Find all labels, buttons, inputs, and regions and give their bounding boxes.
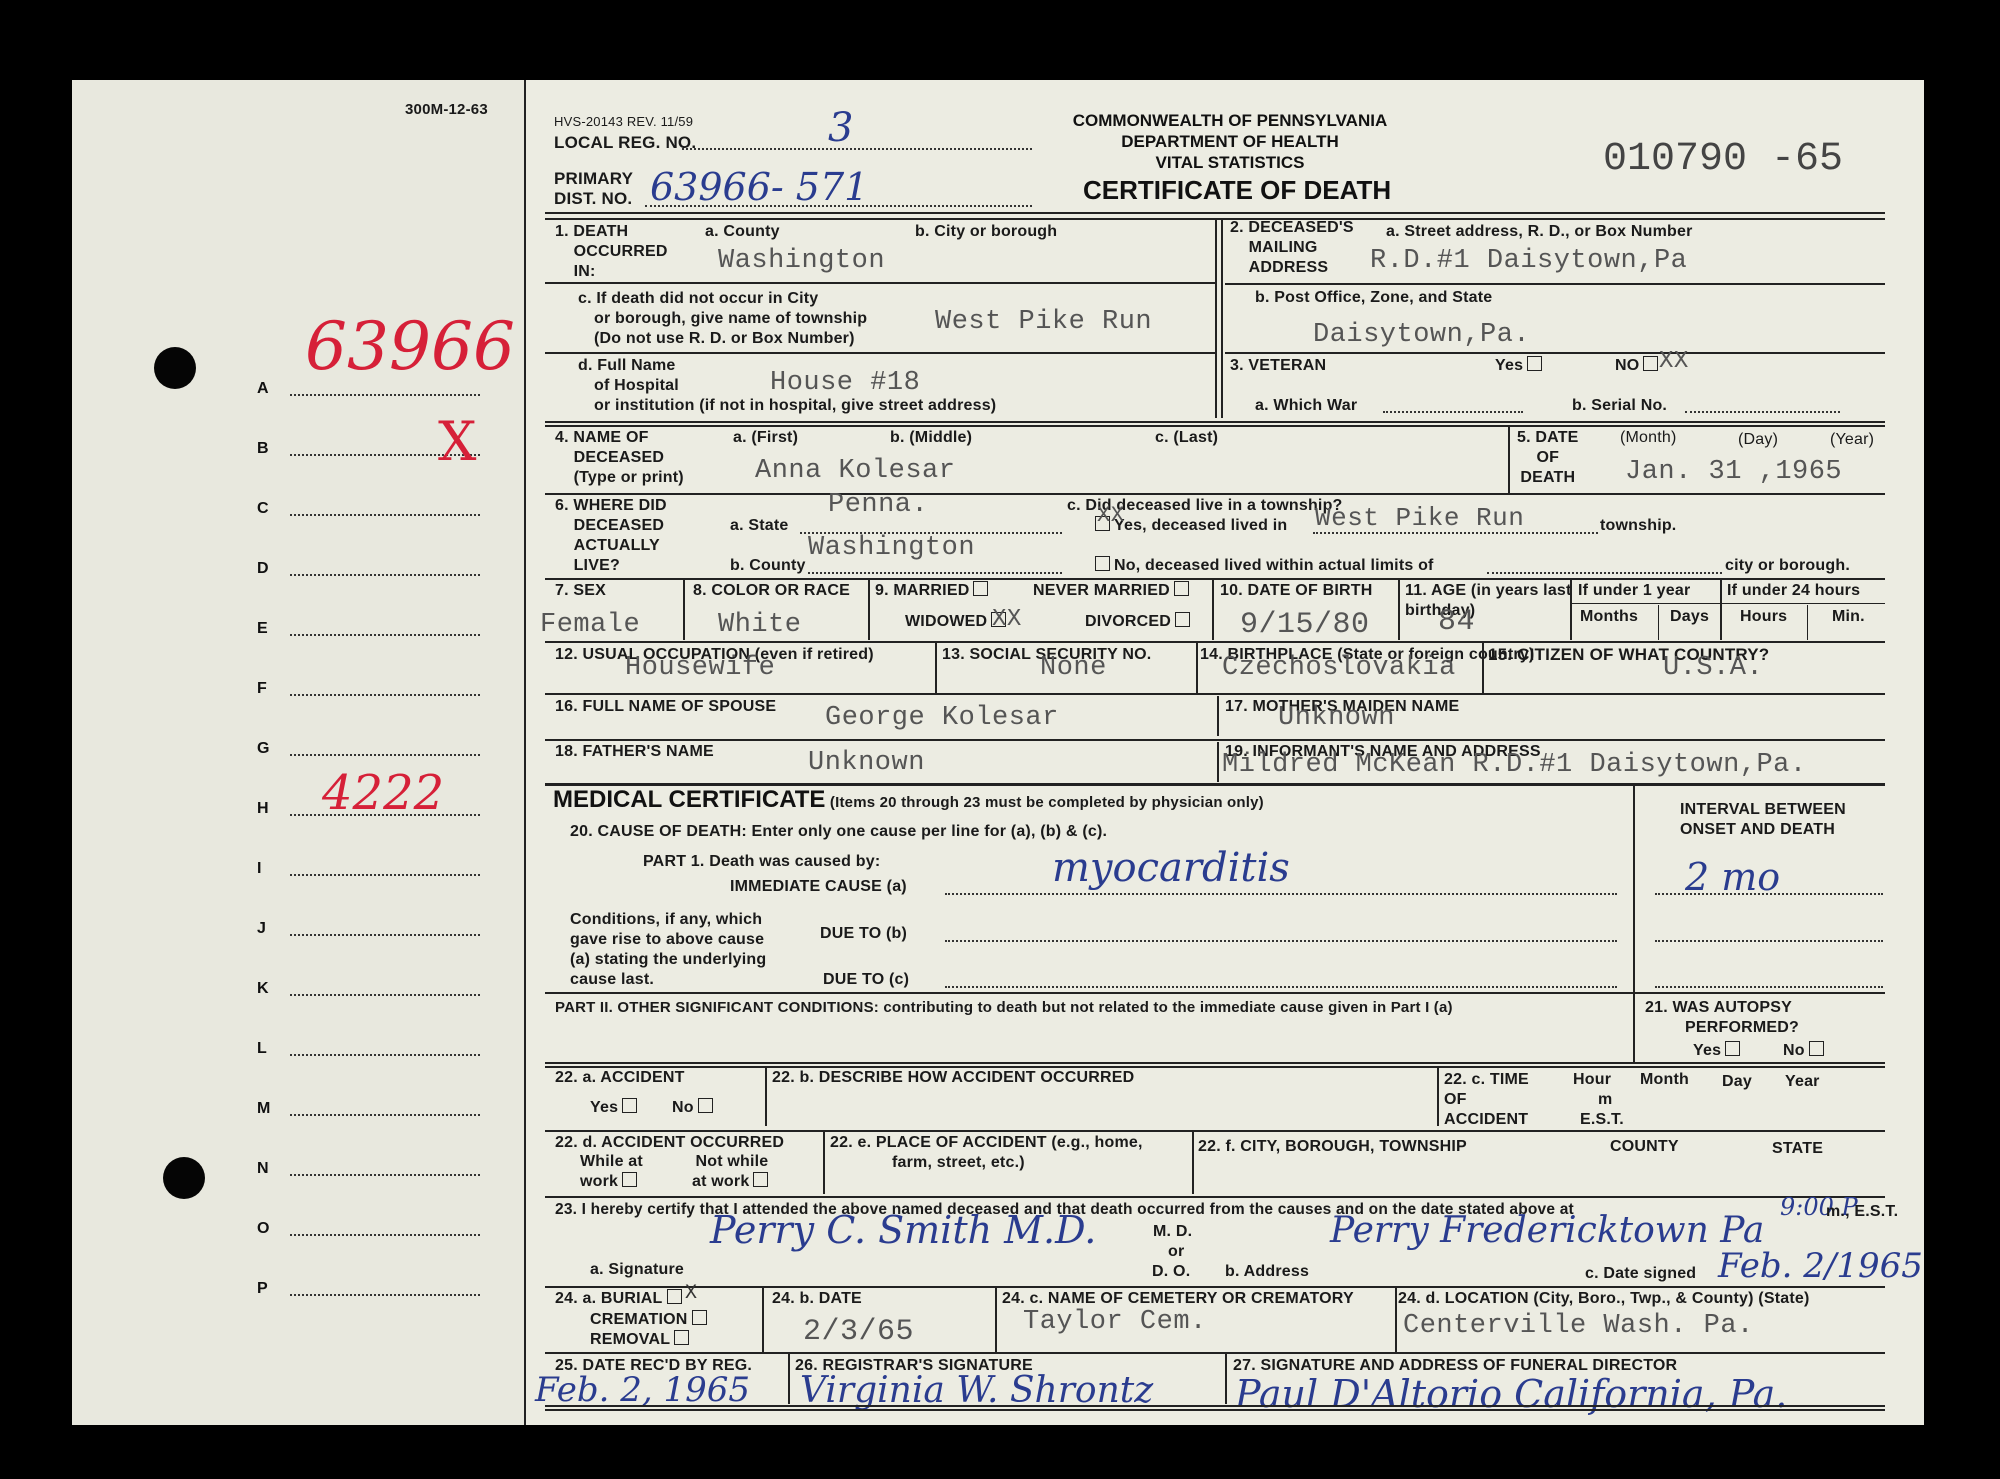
rule bbox=[1215, 220, 1217, 418]
item2-label: 2. DECEASED'S MAILING ADDRESS bbox=[1230, 218, 1354, 278]
index-stub bbox=[72, 80, 526, 1425]
serial-line bbox=[1685, 411, 1840, 413]
rule bbox=[545, 1196, 1885, 1198]
dist-label: DIST. NO. bbox=[554, 189, 632, 209]
rule bbox=[1225, 352, 1885, 354]
item23-signature-value[interactable]: Perry C. Smith M.D. bbox=[710, 1208, 1096, 1252]
rule bbox=[1212, 578, 1214, 640]
rule bbox=[545, 425, 1885, 427]
rule bbox=[1225, 283, 1885, 285]
item9-never-married[interactable]: NEVER MARRIED bbox=[1033, 581, 1189, 601]
item4-middle-label: b. (Middle) bbox=[890, 428, 972, 448]
autopsy-label-1: 21. WAS AUTOPSY bbox=[1645, 998, 1792, 1018]
primary-label: PRIMARY bbox=[554, 169, 633, 189]
stub-line-l[interactable] bbox=[290, 1054, 480, 1056]
checkbox[interactable] bbox=[622, 1172, 637, 1187]
item5-day-label: (Day) bbox=[1738, 430, 1778, 450]
interval-line bbox=[1655, 986, 1883, 988]
item2-street-value[interactable]: R.D.#1 Daisytown,Pa bbox=[1370, 246, 1687, 276]
item2-po-label: b. Post Office, Zone, and State bbox=[1255, 288, 1492, 308]
form-code: 300M-12-63 bbox=[405, 100, 488, 120]
item9-married-label: 9. MARRIED bbox=[875, 582, 969, 599]
checkbox[interactable] bbox=[753, 1172, 768, 1187]
medical-header: MEDICAL CERTIFICATE (Items 20 through 23… bbox=[553, 786, 1264, 814]
checkbox[interactable] bbox=[1725, 1041, 1740, 1056]
item24-removal-label: REMOVAL bbox=[590, 1331, 670, 1348]
label-line: c. If death did not occur in City bbox=[578, 289, 867, 309]
item14-value[interactable]: Czechoslovakia bbox=[1222, 653, 1456, 683]
rule bbox=[1192, 1130, 1194, 1194]
autopsy-yes-label: Yes bbox=[1693, 1042, 1721, 1059]
item9-divorced[interactable]: DIVORCED bbox=[1085, 612, 1190, 632]
label-line: OF bbox=[1444, 1090, 1529, 1110]
item11-value[interactable]: 84 bbox=[1438, 605, 1475, 639]
item3-serial-label: b. Serial No. bbox=[1572, 396, 1667, 416]
certificate-title: CERTIFICATE OF DEATH bbox=[1083, 175, 1391, 206]
stub-line-a[interactable] bbox=[290, 394, 480, 396]
conditions-label: Conditions, if any, which gave rise to a… bbox=[570, 910, 766, 990]
item1-township-label: c. If death did not occur in City or bor… bbox=[578, 289, 867, 349]
item8-value[interactable]: White bbox=[718, 610, 802, 640]
item22a-no[interactable]: No bbox=[672, 1098, 713, 1118]
label-line: 22. c. TIME bbox=[1444, 1070, 1529, 1090]
stub-line-d[interactable] bbox=[290, 574, 480, 576]
agency-line-2: DEPARTMENT OF HEALTH bbox=[1030, 131, 1430, 152]
interval-line bbox=[1655, 893, 1883, 895]
rule bbox=[545, 1286, 1885, 1288]
checkbox[interactable] bbox=[1809, 1041, 1824, 1056]
item22f-county: COUNTY bbox=[1610, 1137, 1679, 1157]
label-line: (a) stating the underlying bbox=[570, 950, 766, 970]
stub-letter-n: N bbox=[257, 1160, 269, 1178]
rule bbox=[1437, 1066, 1439, 1126]
item22a-no-label: No bbox=[672, 1099, 694, 1116]
medical-title: MEDICAL CERTIFICATE bbox=[553, 786, 825, 813]
item3-yes[interactable]: Yes bbox=[1495, 356, 1542, 376]
rule bbox=[1720, 578, 1722, 640]
item11-hours-label: Hours bbox=[1740, 607, 1787, 627]
item11-min-label: Min. bbox=[1832, 607, 1865, 627]
rule bbox=[1807, 605, 1808, 640]
city-line bbox=[1487, 572, 1722, 574]
rule bbox=[1633, 994, 1635, 1062]
township-line bbox=[1313, 532, 1598, 534]
item5-year-label: (Year) bbox=[1830, 430, 1874, 450]
item7-label: 7. SEX bbox=[555, 581, 606, 601]
stub-letter-p: P bbox=[257, 1280, 268, 1298]
item22a-label: 22. a. ACCIDENT bbox=[555, 1068, 685, 1088]
item6-township-value[interactable]: West Pike Run bbox=[1315, 503, 1524, 533]
rule bbox=[545, 641, 1885, 643]
item24a-removal[interactable]: REMOVAL bbox=[590, 1330, 689, 1350]
item24b-label: 24. b. DATE bbox=[772, 1289, 862, 1309]
label-line: gave rise to above cause bbox=[570, 930, 766, 950]
item1-township-value[interactable]: West Pike Run bbox=[935, 307, 1152, 337]
item22a-yes[interactable]: Yes bbox=[590, 1098, 637, 1118]
item11-months-label: Months bbox=[1580, 607, 1638, 627]
item24-burial-label: 24. a. BURIAL bbox=[555, 1290, 663, 1307]
agency-line-3: VITAL STATISTICS bbox=[1030, 152, 1430, 173]
label-line: farm, street, etc.) bbox=[830, 1153, 1143, 1173]
item1-county-value[interactable]: Washington bbox=[718, 246, 885, 276]
item22e-label: 22. e. PLACE OF ACCIDENT (e.g., home, fa… bbox=[830, 1133, 1143, 1173]
item24b-value[interactable]: 2/3/65 bbox=[803, 1315, 914, 1349]
part1-label: PART 1. Death was caused by: bbox=[643, 852, 880, 872]
rule bbox=[1395, 1286, 1397, 1352]
rule bbox=[545, 693, 1885, 695]
item22c-est: E.S.T. bbox=[1580, 1110, 1624, 1130]
stub-line-f[interactable] bbox=[290, 694, 480, 696]
rule bbox=[545, 578, 1885, 580]
stub-letter-d: D bbox=[257, 560, 269, 578]
rule bbox=[1508, 425, 1510, 493]
item2-street-label: a. Street address, R. D., or Box Number bbox=[1386, 222, 1693, 242]
interval-line bbox=[1655, 940, 1883, 942]
item1-county-label: a. County bbox=[705, 222, 780, 242]
rule bbox=[1217, 696, 1219, 736]
due-c-line bbox=[945, 986, 1617, 988]
county-line bbox=[808, 572, 1062, 574]
item6-county-label: b. County bbox=[730, 556, 806, 576]
item13-value[interactable]: None bbox=[1040, 653, 1107, 683]
item22c-year: Year bbox=[1785, 1072, 1820, 1092]
item1-num: 1. bbox=[555, 223, 569, 240]
checkbox[interactable] bbox=[622, 1098, 637, 1113]
item3-no-label: NO bbox=[1615, 357, 1639, 374]
stub-line-p[interactable] bbox=[290, 1294, 480, 1296]
label-line: While at bbox=[580, 1152, 643, 1172]
rule bbox=[1482, 641, 1484, 693]
due-to-c-label: DUE TO (c) bbox=[823, 970, 909, 990]
item4-label: 4. NAME OF DECEASED (Type or print) bbox=[555, 428, 684, 488]
item24c-value[interactable]: Taylor Cem. bbox=[1023, 1307, 1207, 1337]
item24c-label: 24. c. NAME OF CEMETERY OR CREMATORY bbox=[1002, 1289, 1354, 1309]
item2-po-value[interactable]: Daisytown,Pa. bbox=[1313, 320, 1530, 350]
stub-letter-m: M bbox=[257, 1100, 270, 1118]
item11-label: 11. AGE (in years last birthday) bbox=[1405, 581, 1580, 621]
rule bbox=[683, 578, 685, 640]
label-line: at work bbox=[692, 1173, 749, 1190]
item22c-month: Month bbox=[1640, 1070, 1689, 1090]
label-line: ACCIDENT bbox=[1444, 1110, 1529, 1130]
item10-label: 10. DATE OF BIRTH bbox=[1220, 581, 1372, 601]
item6-no-suffix: city or borough. bbox=[1725, 556, 1850, 576]
item6-no[interactable]: No, deceased lived within actual limits … bbox=[1095, 556, 1434, 576]
item1-hospital-value[interactable]: House #18 bbox=[770, 368, 920, 398]
certificate-number: 010790 -65 bbox=[1603, 137, 1843, 182]
autopsy-no[interactable]: No bbox=[1783, 1041, 1824, 1061]
item3-war-label: a. Which War bbox=[1255, 396, 1357, 416]
stub-letter-g: G bbox=[257, 740, 269, 758]
item20-label: 20. CAUSE OF DEATH: Enter only one cause… bbox=[570, 822, 1107, 842]
item23-signature-label: a. Signature bbox=[590, 1260, 684, 1280]
item3-yes-label: Yes bbox=[1495, 357, 1523, 374]
item24a-burial[interactable]: 24. a. BURIAL bbox=[555, 1289, 682, 1309]
item25-value[interactable]: Feb. 2, 1965 bbox=[535, 1370, 750, 1410]
item17-value[interactable]: Unknown bbox=[1278, 703, 1395, 733]
checkbox[interactable] bbox=[1095, 556, 1110, 571]
item23-address-value[interactable]: Perry Fredericktown Pa bbox=[1330, 1210, 1764, 1251]
rule bbox=[545, 1130, 1885, 1132]
item22b-label: 22. b. DESCRIBE HOW ACCIDENT OCCURRED bbox=[772, 1068, 1134, 1088]
rule bbox=[545, 352, 1215, 354]
item12-value[interactable]: Housewife bbox=[625, 653, 775, 683]
item3-label: 3. VETERAN bbox=[1230, 356, 1326, 376]
stub-line-m[interactable] bbox=[290, 1114, 480, 1116]
form-revision: HVS-20143 REV. 11/59 bbox=[554, 112, 693, 132]
autopsy-no-label: No bbox=[1783, 1042, 1805, 1059]
rule bbox=[545, 212, 1885, 214]
label-line: (Do not use R. D. or Box Number) bbox=[578, 329, 867, 349]
item16-value[interactable]: George Kolesar bbox=[825, 703, 1059, 733]
rule bbox=[1196, 641, 1198, 693]
item23-date-signed-value[interactable]: Feb. 2/1965 bbox=[1718, 1246, 1923, 1286]
rule bbox=[545, 421, 1885, 423]
autopsy-yes[interactable]: Yes bbox=[1693, 1041, 1740, 1061]
dist-value: 63966- 571 bbox=[650, 165, 868, 209]
rule bbox=[1572, 603, 1720, 604]
stub-letter-h: H bbox=[257, 800, 269, 818]
rule bbox=[545, 1352, 1885, 1354]
local-reg-line bbox=[682, 148, 1032, 150]
item24d-label: 24. d. LOCATION (City, Boro., Twp., & Co… bbox=[1398, 1289, 1809, 1309]
checkbox[interactable] bbox=[674, 1330, 689, 1345]
punch-hole-bottom bbox=[163, 1157, 205, 1199]
local-reg-value: 3 bbox=[828, 105, 853, 151]
item5-label: 5. DATEOFDEATH bbox=[1517, 428, 1579, 488]
item6-township-suffix: township. bbox=[1600, 516, 1676, 536]
label-line: or borough, give name of township bbox=[578, 309, 867, 329]
punch-hole-top bbox=[154, 347, 196, 389]
item6-county-value[interactable]: Washington bbox=[808, 533, 975, 563]
stub-annotation-a: 63966 bbox=[305, 308, 515, 385]
rule bbox=[545, 992, 1885, 994]
rule bbox=[765, 1066, 767, 1126]
item18-label: 18. FATHER'S NAME bbox=[555, 742, 714, 762]
item16-label: 16. FULL NAME OF SPOUSE bbox=[555, 697, 776, 717]
item4-first-label: a. (First) bbox=[733, 428, 798, 448]
item5-date-value[interactable]: Jan. 31 ,1965 bbox=[1625, 457, 1842, 487]
checkbox[interactable] bbox=[667, 1289, 682, 1304]
item23-do-label: D. O. bbox=[1152, 1262, 1190, 1282]
rule bbox=[545, 493, 1885, 495]
checkbox[interactable] bbox=[698, 1098, 713, 1113]
label-line: cause last. bbox=[570, 970, 766, 990]
stub-letter-k: K bbox=[257, 980, 269, 998]
stub-line-k[interactable] bbox=[290, 994, 480, 996]
autopsy-label-2: PERFORMED? bbox=[1685, 1018, 1799, 1038]
item3-no-mark: XX bbox=[1659, 348, 1689, 375]
checkbox[interactable] bbox=[973, 581, 988, 596]
item22c-hour: Hour bbox=[1573, 1070, 1611, 1090]
stub-letter-b: B bbox=[257, 440, 269, 458]
item24-cremation-label: CREMATION bbox=[590, 1311, 688, 1328]
rule bbox=[1217, 742, 1219, 782]
checkbox[interactable] bbox=[1175, 612, 1190, 627]
war-line bbox=[1383, 411, 1523, 413]
stub-letter-c: C bbox=[257, 500, 269, 518]
item11-days-label: Days bbox=[1670, 607, 1709, 627]
label-line: work bbox=[580, 1173, 618, 1190]
item1-city-label: b. City or borough bbox=[915, 222, 1057, 242]
stub-line-c[interactable] bbox=[290, 514, 480, 516]
checkbox[interactable] bbox=[692, 1310, 707, 1325]
due-b-line bbox=[945, 940, 1617, 942]
item11-under1-label: If under 1 year bbox=[1578, 581, 1690, 601]
stub-letter-j: J bbox=[257, 920, 266, 938]
item22a-yes-label: Yes bbox=[590, 1099, 618, 1116]
item9-never-married-label: NEVER MARRIED bbox=[1033, 582, 1170, 599]
local-reg-label: LOCAL REG. NO. bbox=[554, 133, 696, 153]
item7-value[interactable]: Female bbox=[540, 610, 640, 640]
rule bbox=[788, 1352, 790, 1404]
item22c-label: 22. c. TIME OF ACCIDENT bbox=[1444, 1070, 1529, 1130]
part2-label: PART II. OTHER SIGNIFICANT CONDITIONS: c… bbox=[555, 998, 1453, 1018]
stub-line-j[interactable] bbox=[290, 934, 480, 936]
item15-value[interactable]: U.S.A. bbox=[1663, 653, 1763, 683]
label-line: or institution (if not in hospital, give… bbox=[578, 396, 996, 416]
item6-label: 6. WHERE DID DECEASED ACTUALLY LIVE? bbox=[555, 496, 667, 576]
item9-divorced-label: DIVORCED bbox=[1085, 613, 1171, 630]
rule bbox=[823, 1130, 825, 1194]
rule bbox=[545, 1405, 1885, 1407]
item22f-state: STATE bbox=[1772, 1139, 1823, 1159]
checkbox[interactable] bbox=[1643, 356, 1658, 371]
item23-address-label: b. Address bbox=[1225, 1262, 1309, 1282]
checkbox[interactable] bbox=[1527, 356, 1542, 371]
item22f-label: 22. f. CITY, BOROUGH, TOWNSHIP bbox=[1198, 1137, 1467, 1157]
stub-letter-i: I bbox=[257, 860, 261, 878]
item23-time-suffix: m., E.S.T. bbox=[1826, 1202, 1898, 1222]
immediate-cause-value[interactable]: myocarditis bbox=[1052, 845, 1290, 891]
stub-line-n[interactable] bbox=[290, 1174, 480, 1176]
rule bbox=[995, 1286, 997, 1352]
item8-label: 8. COLOR OR RACE bbox=[693, 581, 850, 601]
rule bbox=[545, 739, 1885, 741]
checkbox[interactable] bbox=[1174, 581, 1189, 596]
item18-value[interactable]: Unknown bbox=[808, 748, 925, 778]
label-line: Conditions, if any, which bbox=[570, 910, 766, 930]
rule bbox=[1722, 603, 1885, 604]
stub-annotation-h: 4222 bbox=[322, 765, 444, 821]
rule bbox=[935, 641, 937, 693]
item24d-value[interactable]: Centerville Wash. Pa. bbox=[1403, 1311, 1754, 1341]
stub-letter-l: L bbox=[257, 1040, 267, 1058]
stub-line-i[interactable] bbox=[290, 874, 480, 876]
agency-line-1: COMMONWEALTH OF PENNSYLVANIA bbox=[1030, 110, 1430, 131]
stub-line-e[interactable] bbox=[290, 634, 480, 636]
item6-no-label: No, deceased lived within actual limits … bbox=[1114, 557, 1434, 574]
rule bbox=[1398, 578, 1400, 640]
rule bbox=[545, 1062, 1885, 1064]
due-to-b-label: DUE TO (b) bbox=[820, 924, 907, 944]
rule bbox=[762, 1286, 764, 1352]
stub-line-g[interactable] bbox=[290, 754, 480, 756]
item5-month-label: (Month) bbox=[1620, 428, 1677, 448]
label-line: ONSET AND DEATH bbox=[1680, 820, 1846, 840]
item4-name-value[interactable]: Anna Kolesar bbox=[755, 456, 955, 486]
rule bbox=[545, 282, 1215, 284]
rule bbox=[545, 1066, 1885, 1068]
item23-or-label: or bbox=[1168, 1242, 1184, 1262]
item24-burial-mark: X bbox=[685, 1282, 698, 1305]
stub-line-o[interactable] bbox=[290, 1234, 480, 1236]
item9-widowed-mark: XX bbox=[992, 606, 1022, 633]
immediate-cause-label: IMMEDIATE CAUSE (a) bbox=[730, 877, 907, 897]
stub-letter-o: O bbox=[257, 1220, 269, 1238]
rule bbox=[868, 578, 870, 640]
item23-date-signed-label: c. Date signed bbox=[1585, 1264, 1696, 1284]
item10-value[interactable]: 9/15/80 bbox=[1240, 608, 1370, 642]
item11-under24-label: If under 24 hours bbox=[1727, 581, 1860, 601]
item6-state-label: a. State bbox=[730, 516, 789, 536]
label-line: Not while bbox=[692, 1152, 768, 1172]
rule bbox=[1221, 220, 1223, 418]
agency-block: COMMONWEALTH OF PENNSYLVANIA DEPARTMENT … bbox=[1030, 110, 1430, 173]
stub-letter-a: A bbox=[257, 380, 269, 398]
rule bbox=[1570, 578, 1572, 640]
rule bbox=[1633, 786, 1635, 1004]
item6-yes-mark: XX bbox=[1097, 503, 1124, 528]
label-line: INTERVAL BETWEEN bbox=[1680, 800, 1846, 820]
item3-no[interactable]: NO bbox=[1615, 356, 1658, 376]
interval-label: INTERVAL BETWEEN ONSET AND DEATH bbox=[1680, 800, 1846, 840]
item9-married[interactable]: 9. MARRIED bbox=[875, 581, 988, 601]
item6-state-value[interactable]: Penna. bbox=[828, 490, 928, 520]
item22d-not-while[interactable]: Not while at work bbox=[692, 1152, 768, 1192]
rule bbox=[1658, 605, 1659, 640]
stub-letter-e: E bbox=[257, 620, 268, 638]
stub-annotation-b: X bbox=[438, 410, 476, 473]
rule bbox=[545, 1409, 1885, 1411]
item19-value[interactable]: Mildred McKean R.D.#1 Daisytown,Pa. bbox=[1222, 750, 1807, 780]
label-line: 22. e. PLACE OF ACCIDENT (e.g., home, bbox=[830, 1133, 1143, 1153]
item22c-day: Day bbox=[1722, 1072, 1752, 1092]
item22c-m: m bbox=[1598, 1090, 1612, 1110]
stub-letter-f: F bbox=[257, 680, 267, 698]
medical-subtitle: (Items 20 through 23 must be completed b… bbox=[830, 794, 1264, 811]
item23-md-label: M. D. bbox=[1153, 1222, 1192, 1242]
rule bbox=[1225, 1352, 1227, 1404]
item24a-cremation[interactable]: CREMATION bbox=[590, 1310, 707, 1330]
item22d-label: 22. d. ACCIDENT OCCURRED bbox=[555, 1133, 784, 1153]
item1-label: 1. DEATH OCCURRED IN: bbox=[555, 222, 668, 282]
item22d-while[interactable]: While at work bbox=[580, 1152, 643, 1192]
item4-last-label: c. (Last) bbox=[1155, 428, 1218, 448]
immediate-line bbox=[945, 893, 1617, 895]
item9-widowed-label: WIDOWED bbox=[905, 613, 987, 630]
item6-yes-label: Yes, deceased lived in bbox=[1114, 517, 1287, 534]
